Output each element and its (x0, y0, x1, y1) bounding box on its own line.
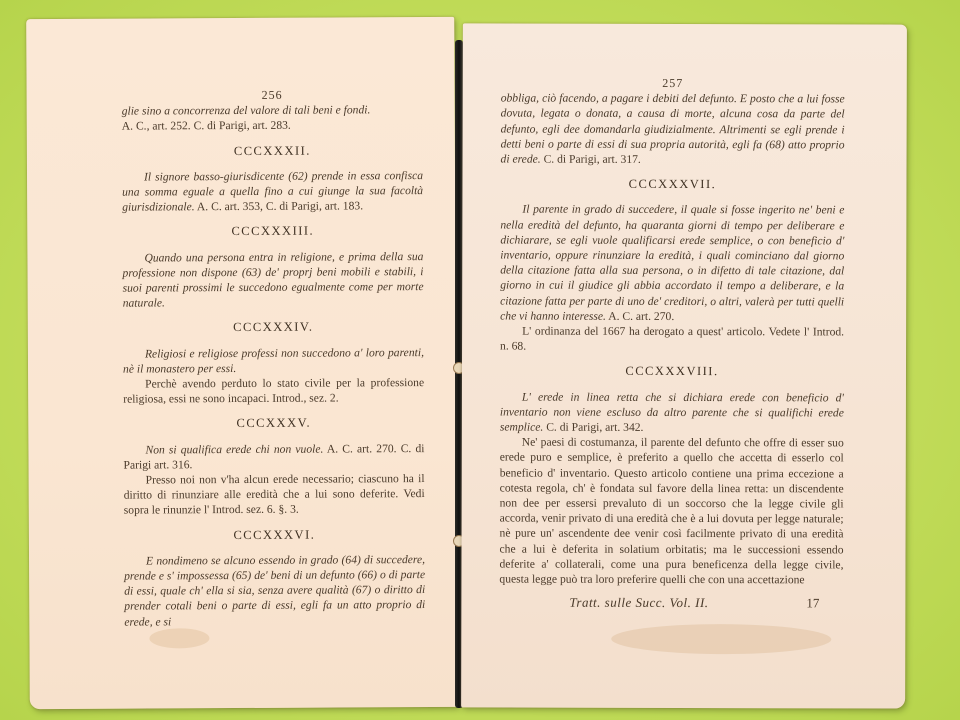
section-heading: CCCXXXIV. (123, 319, 424, 336)
section-heading: CCCXXXV. (123, 415, 424, 432)
section-paragraph: Non si qualifica erede chi non vuole. A.… (123, 441, 424, 473)
signature-mark: Tratt. sulle Succ. Vol. II. (569, 595, 708, 611)
left-page-text: 256 glie sino a concorrenza del valore d… (122, 87, 426, 629)
left-page: 256 glie sino a concorrenza del valore d… (26, 17, 458, 709)
sheet-number: 17 (806, 596, 819, 611)
section-heading: CCCXXXVIII. (500, 364, 844, 380)
commentary-paragraph: L' ordinanza del 1667 ha derogato a ques… (500, 324, 844, 355)
section-heading: CCCXXXVI. (124, 527, 425, 544)
section-paragraph: Il signore basso-giurisdicente (62) pren… (122, 168, 423, 215)
section-heading: CCCXXXIII. (122, 223, 423, 240)
commentary-paragraph: Perchè avendo perduto lo stato civile pe… (123, 375, 424, 407)
commentary-paragraph: Ne' paesi di costumanza, il parente del … (499, 435, 843, 588)
section-paragraph: E nondimeno se alcuno essendo in grado (… (124, 552, 425, 630)
section-paragraph: Quando una persona entra in religione, e… (122, 249, 423, 311)
opening-paragraph: obbliga, ciò facendo, a pagare i debiti … (501, 91, 845, 168)
page-number: 257 (501, 76, 845, 92)
section-heading: CCCXXXII. (122, 143, 423, 160)
paper-stain (611, 624, 831, 655)
right-page-text: 257 obbliga, ciò facendo, a pagare i deb… (499, 76, 844, 611)
section-paragraph: L' erede in linea retta che si dichiara … (500, 389, 844, 436)
commentary-paragraph: Presso noi non v'ha alcun erede necessar… (124, 471, 425, 518)
opening-line: glie sino a concorrenza del valore di ta… (122, 102, 423, 119)
paper-stain (149, 628, 209, 648)
opening-ref: A. C., art. 252. C. di Parigi, art. 283. (122, 117, 423, 134)
page-number: 256 (122, 87, 423, 104)
section-paragraph: Religiosi e religiose professi non succe… (123, 345, 424, 377)
right-page: 257 obbliga, ciò facendo, a pagare i deb… (461, 23, 907, 708)
section-heading: CCCXXXVII. (500, 177, 844, 193)
section-paragraph: Il parente in grado di succedere, il qua… (500, 202, 844, 325)
page-footer: Tratt. sulle Succ. Vol. II. 17 (499, 595, 843, 611)
